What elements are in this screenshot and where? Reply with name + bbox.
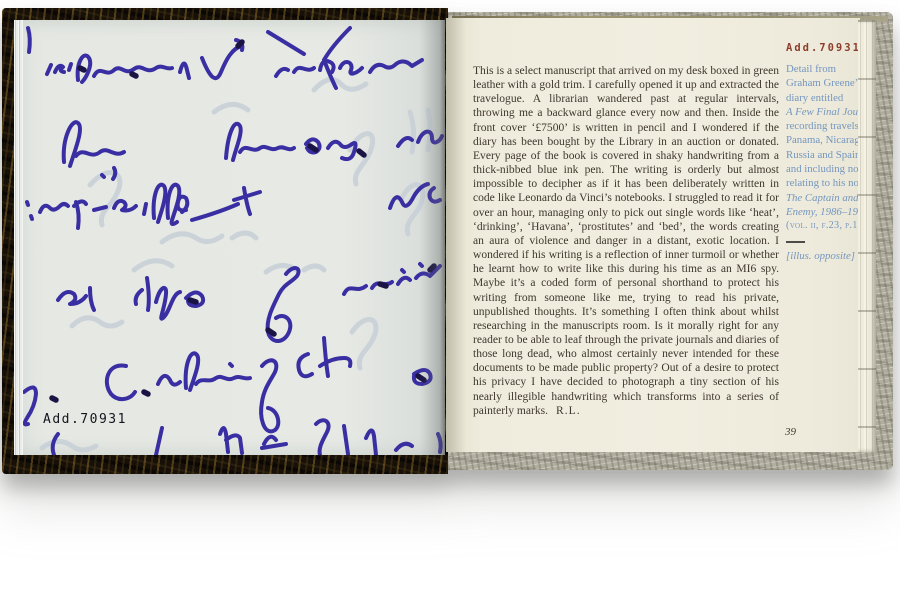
caption-line: diary entitled [786,91,860,105]
caption-line-title: A Few Final Journeys, [786,105,860,119]
author-initials: R.L. [556,405,581,417]
fore-edge-pages [858,20,876,452]
book-spread-photo: Add.70931 Add.70931 This is a select man… [0,0,900,600]
page-stack-edge [14,20,23,455]
open-book: Add.70931 Add.70931 This is a select man… [2,8,893,474]
manuscript-page: Add.70931 [14,20,445,455]
text-page: Add.70931 This is a select manuscript th… [446,18,860,452]
handwriting-ink-illustration [14,20,445,455]
right-page-shelfmark: Add.70931 [786,42,860,54]
commentary-text: This is a select manuscript that arrived… [473,65,779,417]
caption-divider-rule [786,241,805,243]
caption-line-title: Enemy, 1986–1987. [786,205,860,219]
caption-line: Russia and Spain, [786,148,860,162]
caption-line: Panama, Nicaragua, [786,133,860,147]
caption-line: relating to his novel [786,176,860,190]
caption-line: and including notes [786,162,860,176]
commentary-paragraph: This is a select manuscript that arrived… [473,64,779,418]
caption-sidebar: Detail from Graham Greene’s diary entitl… [786,62,860,263]
caption-line-title: The Captain and the [786,191,860,205]
caption-illus-note: [illus. opposite] [786,249,860,263]
caption-line: Detail from [786,62,860,76]
caption-volume-reference: (vol. ii, f.23, p.17) [786,219,860,233]
caption-line: recording travels to [786,119,860,133]
gutter-shadow-left [419,20,445,455]
caption-line: Graham Greene’s [786,76,860,90]
page-number: 39 [785,426,796,438]
gutter-shadow-right [446,18,466,452]
left-page-shelfmark: Add.70931 [43,412,127,427]
